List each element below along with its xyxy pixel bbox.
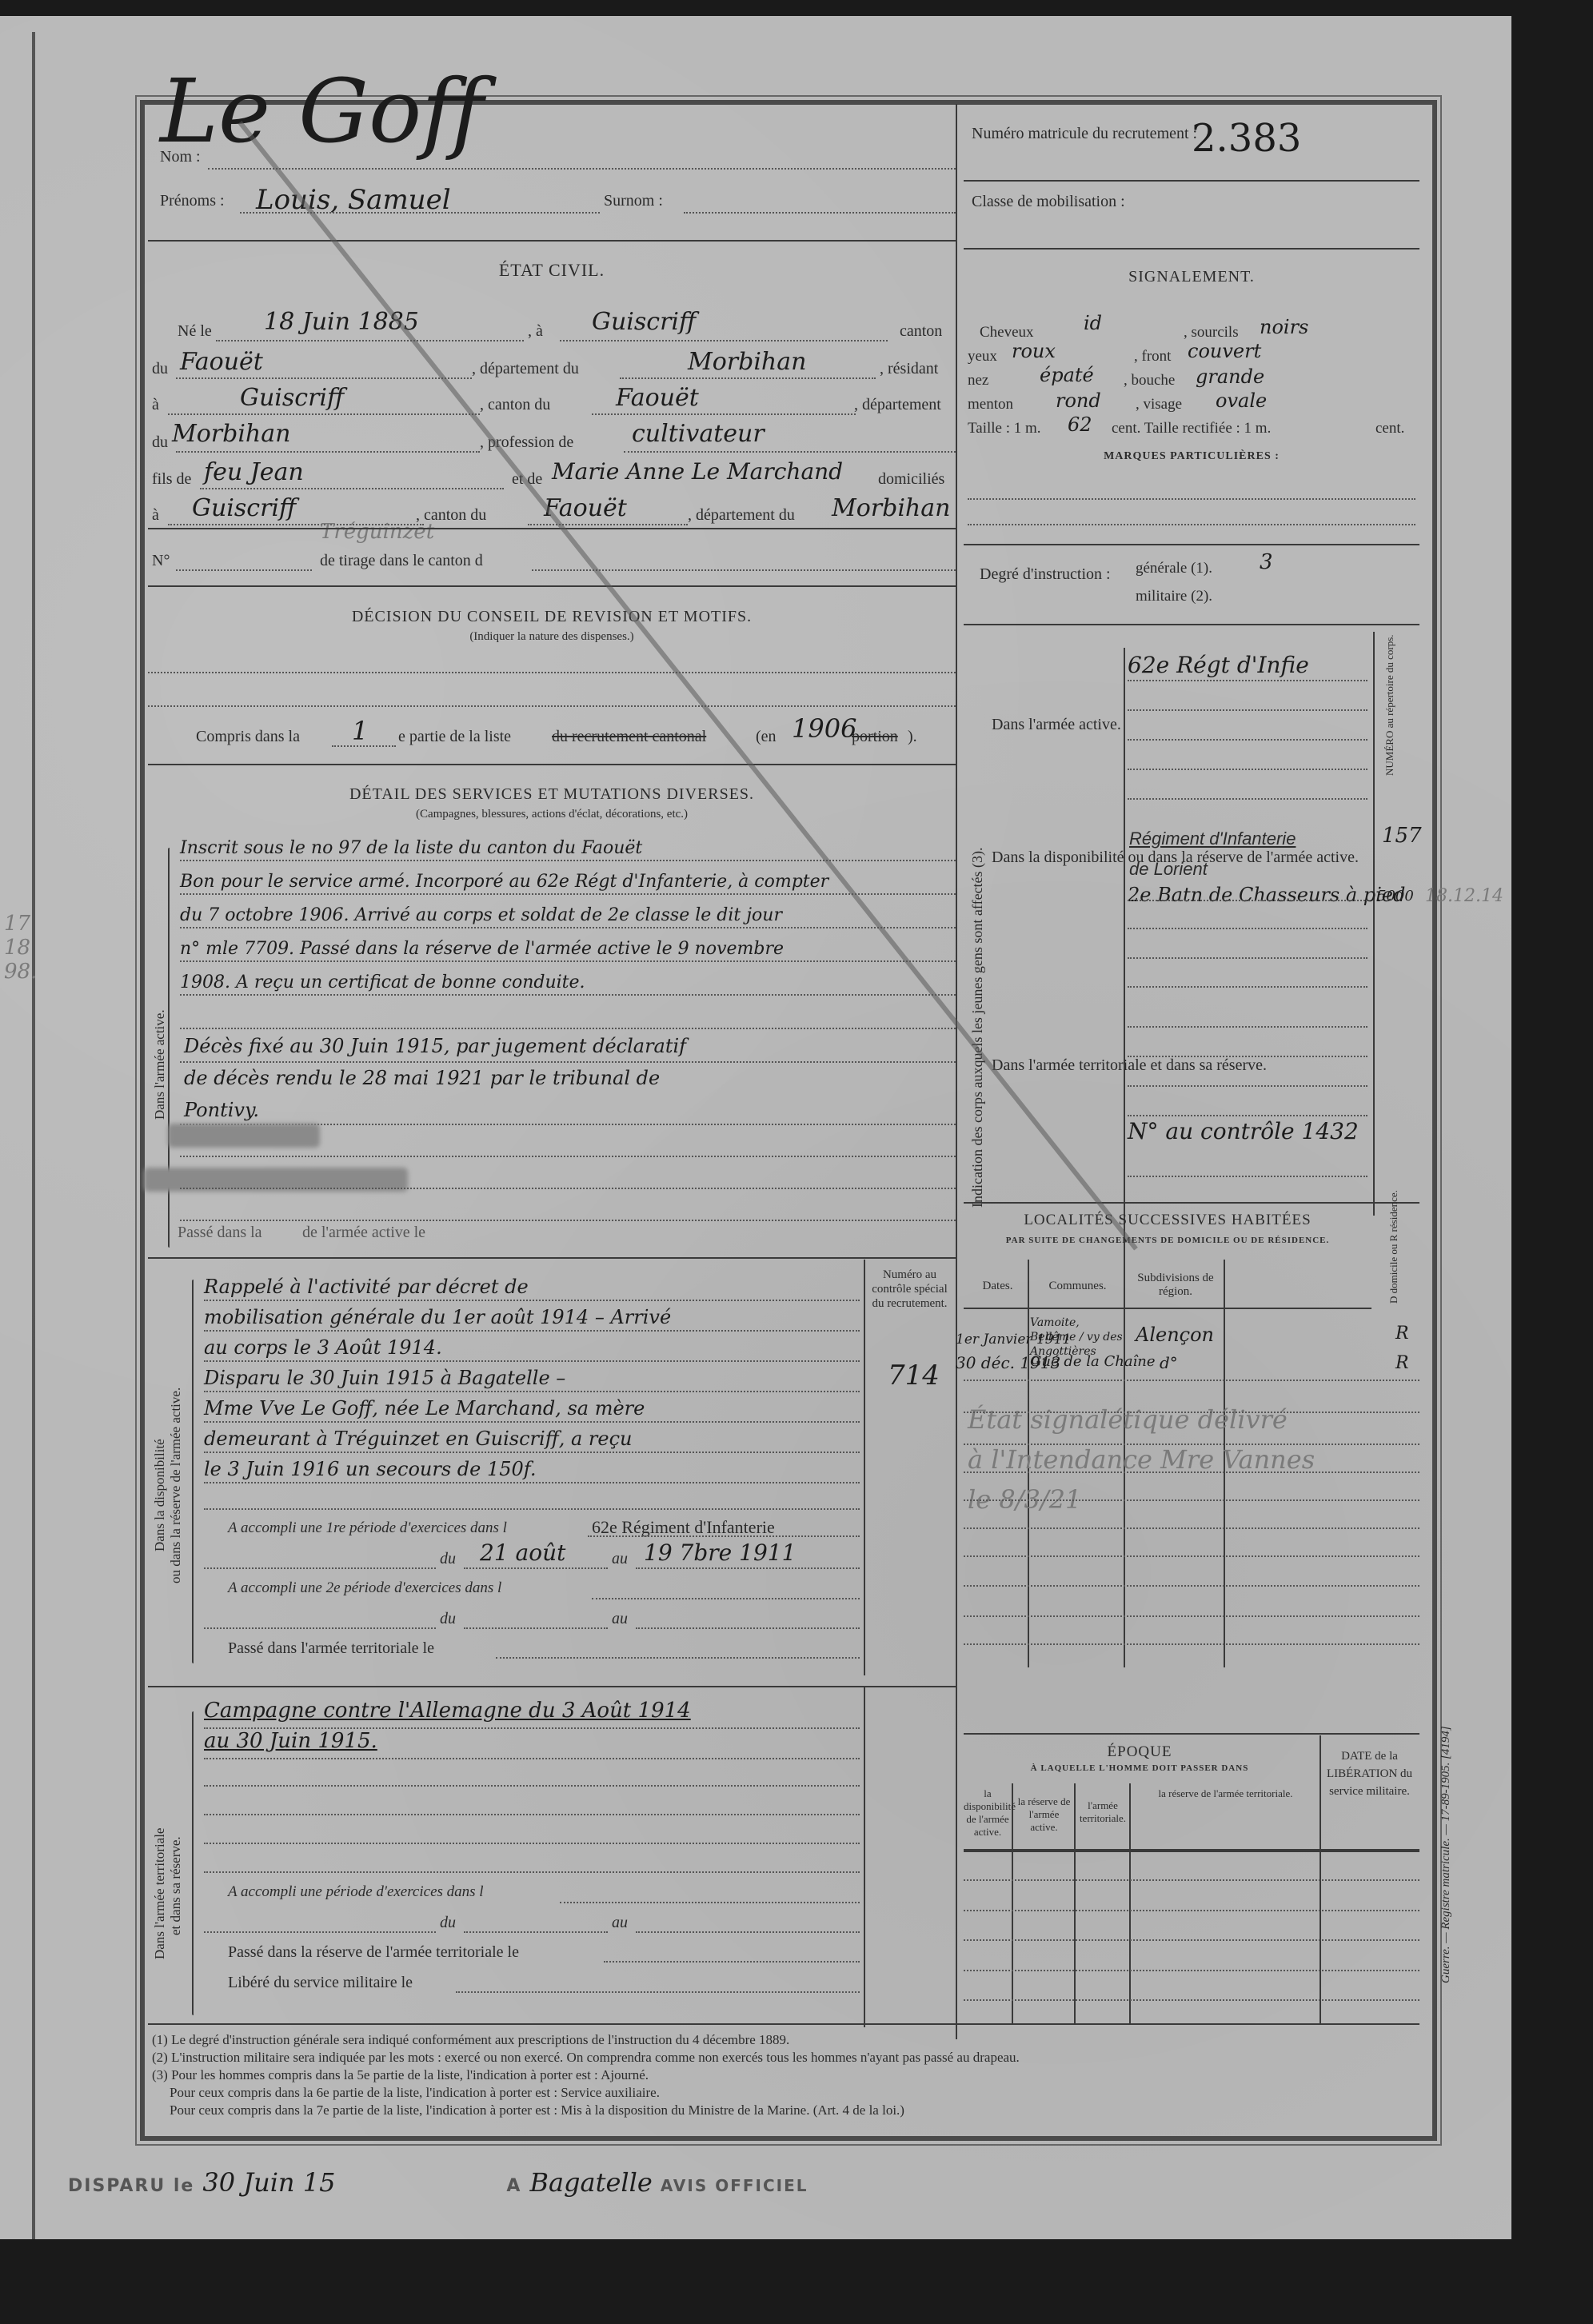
- col-communes: Communes.: [1032, 1280, 1124, 1293]
- du-label: du: [152, 360, 168, 378]
- decision-subtitle: (Indiquer la nature des dispenses.): [148, 630, 956, 644]
- departement2-label: , département: [854, 396, 941, 414]
- profession: cultivateur: [632, 420, 765, 448]
- canton2-label: , canton du: [480, 396, 550, 414]
- menton-value: rond: [1056, 389, 1101, 412]
- terr-side-label-1: Dans l'armée territoriale: [152, 1828, 168, 1959]
- matricule-label: Numéro matricule du recrutement :: [972, 124, 1116, 143]
- deces-entries: Décès fixé au 30 Juin 1915, par jugement…: [184, 1030, 686, 1126]
- periode1-au-label: au: [612, 1550, 628, 1568]
- partie-label: e partie de la liste: [398, 728, 511, 746]
- nez-value: épaté: [1040, 364, 1094, 386]
- etat-civil-title: ÉTAT CIVIL.: [148, 260, 956, 281]
- yeux-value: roux: [1012, 340, 1056, 362]
- generale-label: générale (1).: [1136, 560, 1212, 577]
- decision-title: DÉCISION DU CONSEIL DE REVISION ET MOTIF…: [148, 608, 956, 626]
- corps-dispo-value-3: 2e Batn de Chasseurs à pied: [1128, 884, 1405, 906]
- father-name: feu Jean: [204, 458, 304, 486]
- residence: Guiscriff: [240, 384, 344, 412]
- services-title: DÉTAIL DES SERVICES ET MUTATIONS DIVERSE…: [148, 785, 956, 804]
- loc-row-1-commune: Vamoite, Bellême / vy des Angottières: [1030, 1316, 1124, 1359]
- dept2-du-label: du: [152, 433, 168, 452]
- front-label: , front: [1134, 348, 1171, 365]
- matricule-value: 2.383: [1192, 116, 1301, 161]
- numero-repertoire-label: NUMÉRO au répertoire du corps.: [1383, 640, 1396, 776]
- campagne-entries: Campagne contre l'Allemagne du 3 Août 19…: [204, 1695, 691, 1756]
- dispo-numero-2: 5000: [1377, 888, 1414, 904]
- tirage-label: de tirage dans le canton d: [320, 552, 483, 570]
- marques-label: MARQUES PARTICULIÈRES :: [964, 450, 1419, 463]
- col-dates: Dates.: [968, 1280, 1028, 1293]
- periode1-du-label: du: [440, 1550, 456, 1568]
- visage-value: ovale: [1216, 389, 1267, 412]
- periode2-au-label: au: [612, 1610, 628, 1628]
- loc-row-2-subdivision: d°: [1160, 1353, 1178, 1372]
- reserve-side-label-1: Dans la disponibilité: [152, 1439, 168, 1551]
- periode1-label: A accompli une 1re période d'exercices d…: [228, 1519, 507, 1537]
- corps-terr-value: N° au contrôle 1432: [1128, 1118, 1359, 1144]
- parents-departement: Morbihan: [832, 494, 950, 522]
- fils-label: fils de: [152, 470, 191, 489]
- signalement-title: SIGNALEMENT.: [964, 268, 1419, 286]
- loc-row-1-type: R: [1395, 1324, 1409, 1344]
- nom-value: Le Goff: [160, 60, 484, 162]
- terr-periode-label: A accompli une période d'exercices dans …: [228, 1883, 484, 1901]
- sourcils-label: , sourcils: [1184, 324, 1239, 341]
- ne-le-label: Né le: [178, 322, 212, 341]
- corps-active-label: Dans l'armée active.: [992, 716, 1112, 734]
- taille-cent-label: cent.: [1375, 420, 1404, 437]
- domicilies-label: domiciliés: [878, 470, 944, 489]
- residant-label: , résidant: [880, 360, 938, 378]
- cheveux-value: id: [1084, 312, 1102, 334]
- classe-label: Classe de mobilisation :: [972, 192, 1116, 211]
- avis-officiel: AVIS OFFICIEL: [661, 2176, 808, 2195]
- epoque-col-reserve-terr: la réserve de l'armée territoriale.: [1132, 1787, 1320, 1800]
- left-margin-notes: 17 18 98.: [4, 912, 37, 984]
- localites-title: LOCALITÉS SUCCESSIVES HABITÉES: [964, 1212, 1371, 1229]
- residence-canton: Faouët: [616, 384, 699, 412]
- numero-controle-label: Numéro au contrôle spécial du recrutemen…: [868, 1268, 952, 1311]
- corps-active-value: 62e Régt d'Infie: [1128, 652, 1309, 678]
- reserve-terr-label: Passé dans la réserve de l'armée territo…: [228, 1943, 519, 1962]
- periode1-au: 19 7bre 1911: [644, 1539, 796, 1566]
- canton-label: canton: [900, 322, 942, 341]
- register-page: 17 18 98. Nom : Le Goff Prénoms : Louis,…: [0, 16, 1511, 2239]
- mother-name: Marie Anne Le Marchand: [552, 458, 843, 485]
- parents-residence: Guiscriff: [192, 494, 296, 522]
- epoque-col-dispo: la disponibilité de l'armée active.: [964, 1787, 1012, 1839]
- taille-label: Taille : 1 m.: [968, 420, 1041, 437]
- corps-dispo-values: Régiment d'Infanterie de Lorient: [1129, 824, 1296, 884]
- birth-departement: Morbihan: [688, 348, 806, 376]
- visage-label: , visage: [1136, 396, 1182, 413]
- birth-place: Guiscriff: [592, 308, 696, 336]
- taille-value: 62: [1068, 413, 1092, 436]
- bouche-value: grande: [1196, 365, 1264, 388]
- disparu-stamp: DISPARU le 30 Juin 15 A Bagatelle AVIS O…: [68, 2167, 808, 2198]
- loc-row-2-commune: Gué de la Chaîne: [1030, 1353, 1156, 1370]
- col-subdivisions: Subdivisions de région.: [1128, 1272, 1224, 1299]
- militaire-label: militaire (2).: [1136, 588, 1212, 605]
- dispo-numero: 157: [1382, 824, 1422, 848]
- compris-label: Compris dans la: [196, 728, 300, 746]
- margin-date-note: 18.12.14: [1425, 886, 1503, 906]
- epoque-subtitle: À LAQUELLE L'HOMME DOIT PASSER DANS: [964, 1763, 1316, 1773]
- terr-side-label-2: et dans sa réserve.: [168, 1836, 184, 1935]
- periode1-du: 21 août: [480, 1539, 565, 1566]
- residence-departement: Morbihan: [172, 420, 290, 448]
- pencil-note-hamlet: Tréguinzet: [320, 520, 434, 544]
- surnom-label: Surnom :: [604, 192, 663, 210]
- col-domicile-residence: D domicile ou R résidence.: [1387, 1216, 1400, 1304]
- sourcils-value: noirs: [1260, 316, 1308, 338]
- a-label: , à: [528, 322, 543, 341]
- epoque-col-territoriale: l'armée territoriale.: [1076, 1799, 1129, 1825]
- generale-value: 3: [1260, 550, 1273, 574]
- front-value: couvert: [1188, 340, 1261, 362]
- no-tirage-label: N°: [152, 552, 170, 570]
- side-imprint: Guerre. — Registre matricule. — 17-89-19…: [1439, 1726, 1453, 1983]
- departement-label: , département du: [472, 360, 579, 378]
- corps-dispo-label: Dans la disponibilité ou dans la réserve…: [992, 848, 1112, 868]
- territoriale-label: Passé dans l'armée territoriale le: [228, 1639, 434, 1658]
- struck-recrutement-cantonal: du recrutement cantonal: [552, 728, 706, 746]
- epoque-col-reserve-active: la réserve de l'armée active.: [1014, 1795, 1074, 1834]
- epoque-title: ÉPOQUE: [964, 1743, 1316, 1761]
- decision-close: ).: [908, 728, 917, 746]
- corps-vertical-label: Indication des corps auxquels les jeunes…: [969, 847, 986, 1208]
- birth-canton: Faouët: [180, 348, 263, 376]
- services-entries: Inscrit sous le no 97 de la liste du can…: [180, 832, 828, 1000]
- date-liberation-label: DATE de la LIBÉRATION du service militai…: [1324, 1747, 1415, 1800]
- passe-suffix: de l'armée active le: [302, 1224, 425, 1242]
- menton-label: menton: [968, 396, 1013, 413]
- compris-partie: 1: [352, 716, 368, 746]
- passe-label: Passé dans la: [178, 1224, 262, 1242]
- residant-a-label: à: [152, 396, 159, 414]
- numero-controle-value: 714: [888, 1360, 940, 1392]
- en-label: (en: [756, 728, 777, 746]
- binding-fold: [32, 32, 35, 2239]
- prenoms-value: Louis, Samuel: [256, 184, 451, 216]
- periode2-du-label: du: [440, 1610, 456, 1628]
- libere-label: Libéré du service militaire le: [228, 1974, 413, 1992]
- bouche-label: , bouche: [1124, 372, 1175, 389]
- struck-portion: portion: [852, 728, 898, 746]
- pencil-etat-signaletique: État signalétique délivré à l'Intendance…: [968, 1400, 1315, 1519]
- disparu-date: 30 Juin 15: [202, 2167, 335, 2198]
- domicilies-a-label: à: [152, 506, 159, 525]
- taille-rectifiee-label: cent. Taille rectifiée : 1 m.: [1112, 420, 1271, 437]
- corps-terr-label: Dans l'armée territoriale et dans sa rés…: [992, 1056, 1112, 1076]
- cheveux-label: Cheveux: [980, 324, 1034, 341]
- nez-label: nez: [968, 372, 988, 389]
- prenoms-label: Prénoms :: [160, 192, 225, 210]
- disparu-lieu: Bagatelle: [529, 2167, 652, 2198]
- redacted-mark-1: [168, 1124, 320, 1148]
- departement3-label: , département du: [688, 506, 795, 525]
- list-year: 1906: [792, 713, 856, 744]
- periode2-label: A accompli une 2e période d'exercices da…: [228, 1579, 501, 1597]
- terr-au-label: au: [612, 1914, 628, 1932]
- loc-row-1-subdivision: Alençon: [1136, 1324, 1214, 1346]
- localites-subtitle: PAR SUITE DE CHANGEMENTS DE DOMICILE OU …: [964, 1236, 1371, 1245]
- reserve-side-label-2: ou dans la réserve de l'armée active.: [168, 1388, 184, 1583]
- footnotes: (1) Le degré d'instruction générale sera…: [152, 2031, 1020, 2119]
- terr-du-label: du: [440, 1914, 456, 1932]
- loc-row-2-type: R: [1395, 1353, 1409, 1373]
- yeux-label: yeux: [968, 348, 997, 365]
- degre-label: Degré d'instruction :: [980, 564, 1100, 585]
- services-side-label: Dans l'armée active.: [152, 1009, 168, 1120]
- services-subtitle: (Campagnes, blessures, actions d'éclat, …: [148, 808, 956, 821]
